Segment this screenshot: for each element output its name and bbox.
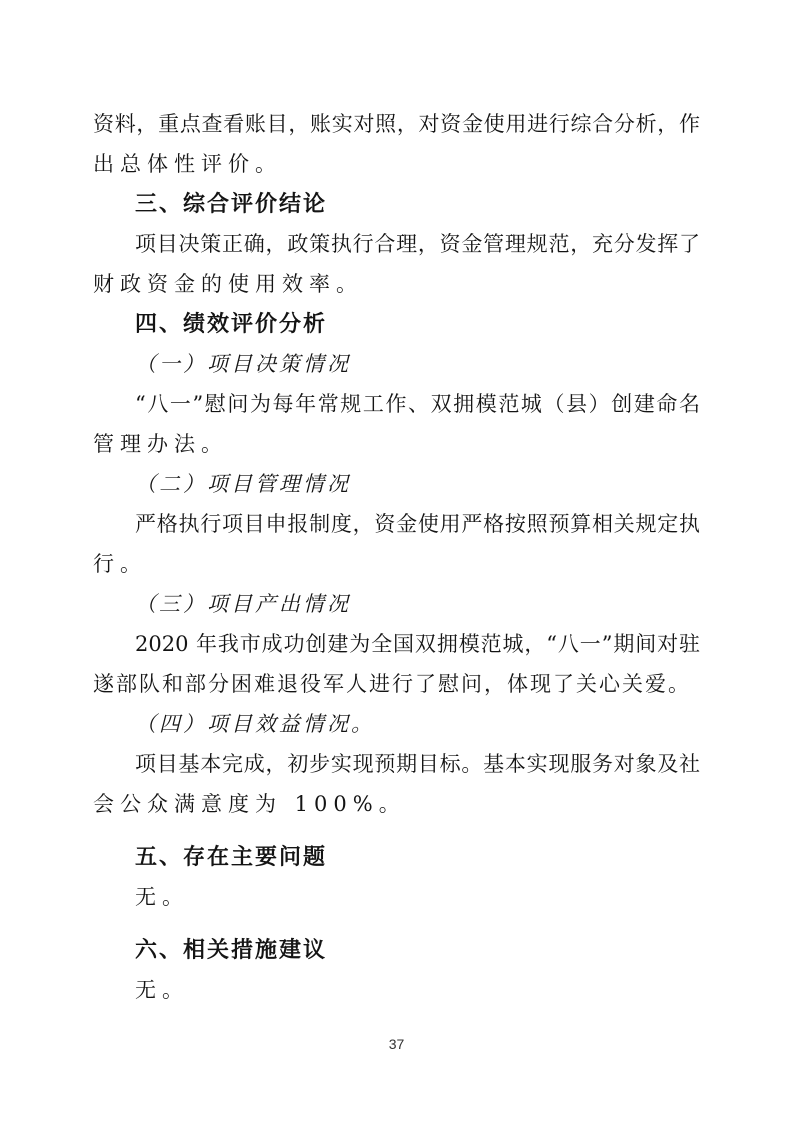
document-body: 资料，重点查看账目，账实对照，对资金使用进行综合分析，作出总体性评价。三、综合评… <box>93 104 700 1010</box>
section-heading: 三、综合评价结论 <box>93 184 700 224</box>
sub-heading: （一）项目决策情况 <box>93 344 700 384</box>
text-line: 无。 <box>93 877 700 917</box>
text-line: 严格执行项目申报制度，资金使用严格按照预算相关规定执 <box>93 504 700 544</box>
text-line: 管理办法。 <box>93 424 700 464</box>
text-line: 项目决策正确，政策执行合理，资金管理规范，充分发挥了 <box>93 224 700 264</box>
text-line: “八一”慰问为每年常规工作、双拥模范城（县）创建命名 <box>93 384 700 424</box>
section-heading: 五、存在主要问题 <box>93 837 700 877</box>
text-line: 项目基本完成，初步实现预期目标。基本实现服务对象及社 <box>93 744 700 784</box>
text-line: 财政资金的使用效率。 <box>93 264 700 304</box>
document-page: 资料，重点查看账目，账实对照，对资金使用进行综合分析，作出总体性评价。三、综合评… <box>0 0 793 1122</box>
sub-heading: （二）项目管理情况 <box>93 464 700 504</box>
section-heading: 四、绩效评价分析 <box>93 304 700 344</box>
text-line: 会公众满意度为 100%。 <box>93 784 700 824</box>
sub-heading: （四）项目效益情况。 <box>93 704 700 744</box>
text-line: 2020 年我市成功创建为全国双拥模范城，“八一”期间对驻 <box>93 624 700 664</box>
text-line: 行。 <box>93 544 700 584</box>
text-line: 无。 <box>93 970 700 1010</box>
text-line: 出总体性评价。 <box>93 144 700 184</box>
sub-heading: （三）项目产出情况 <box>93 584 700 624</box>
section-heading: 六、相关措施建议 <box>93 930 700 970</box>
text-line: 遂部队和部分困难退役军人进行了慰问，体现了关心关爱。 <box>93 664 700 704</box>
text-line: 资料，重点查看账目，账实对照，对资金使用进行综合分析，作 <box>93 104 700 144</box>
page-number: 37 <box>0 1036 793 1052</box>
